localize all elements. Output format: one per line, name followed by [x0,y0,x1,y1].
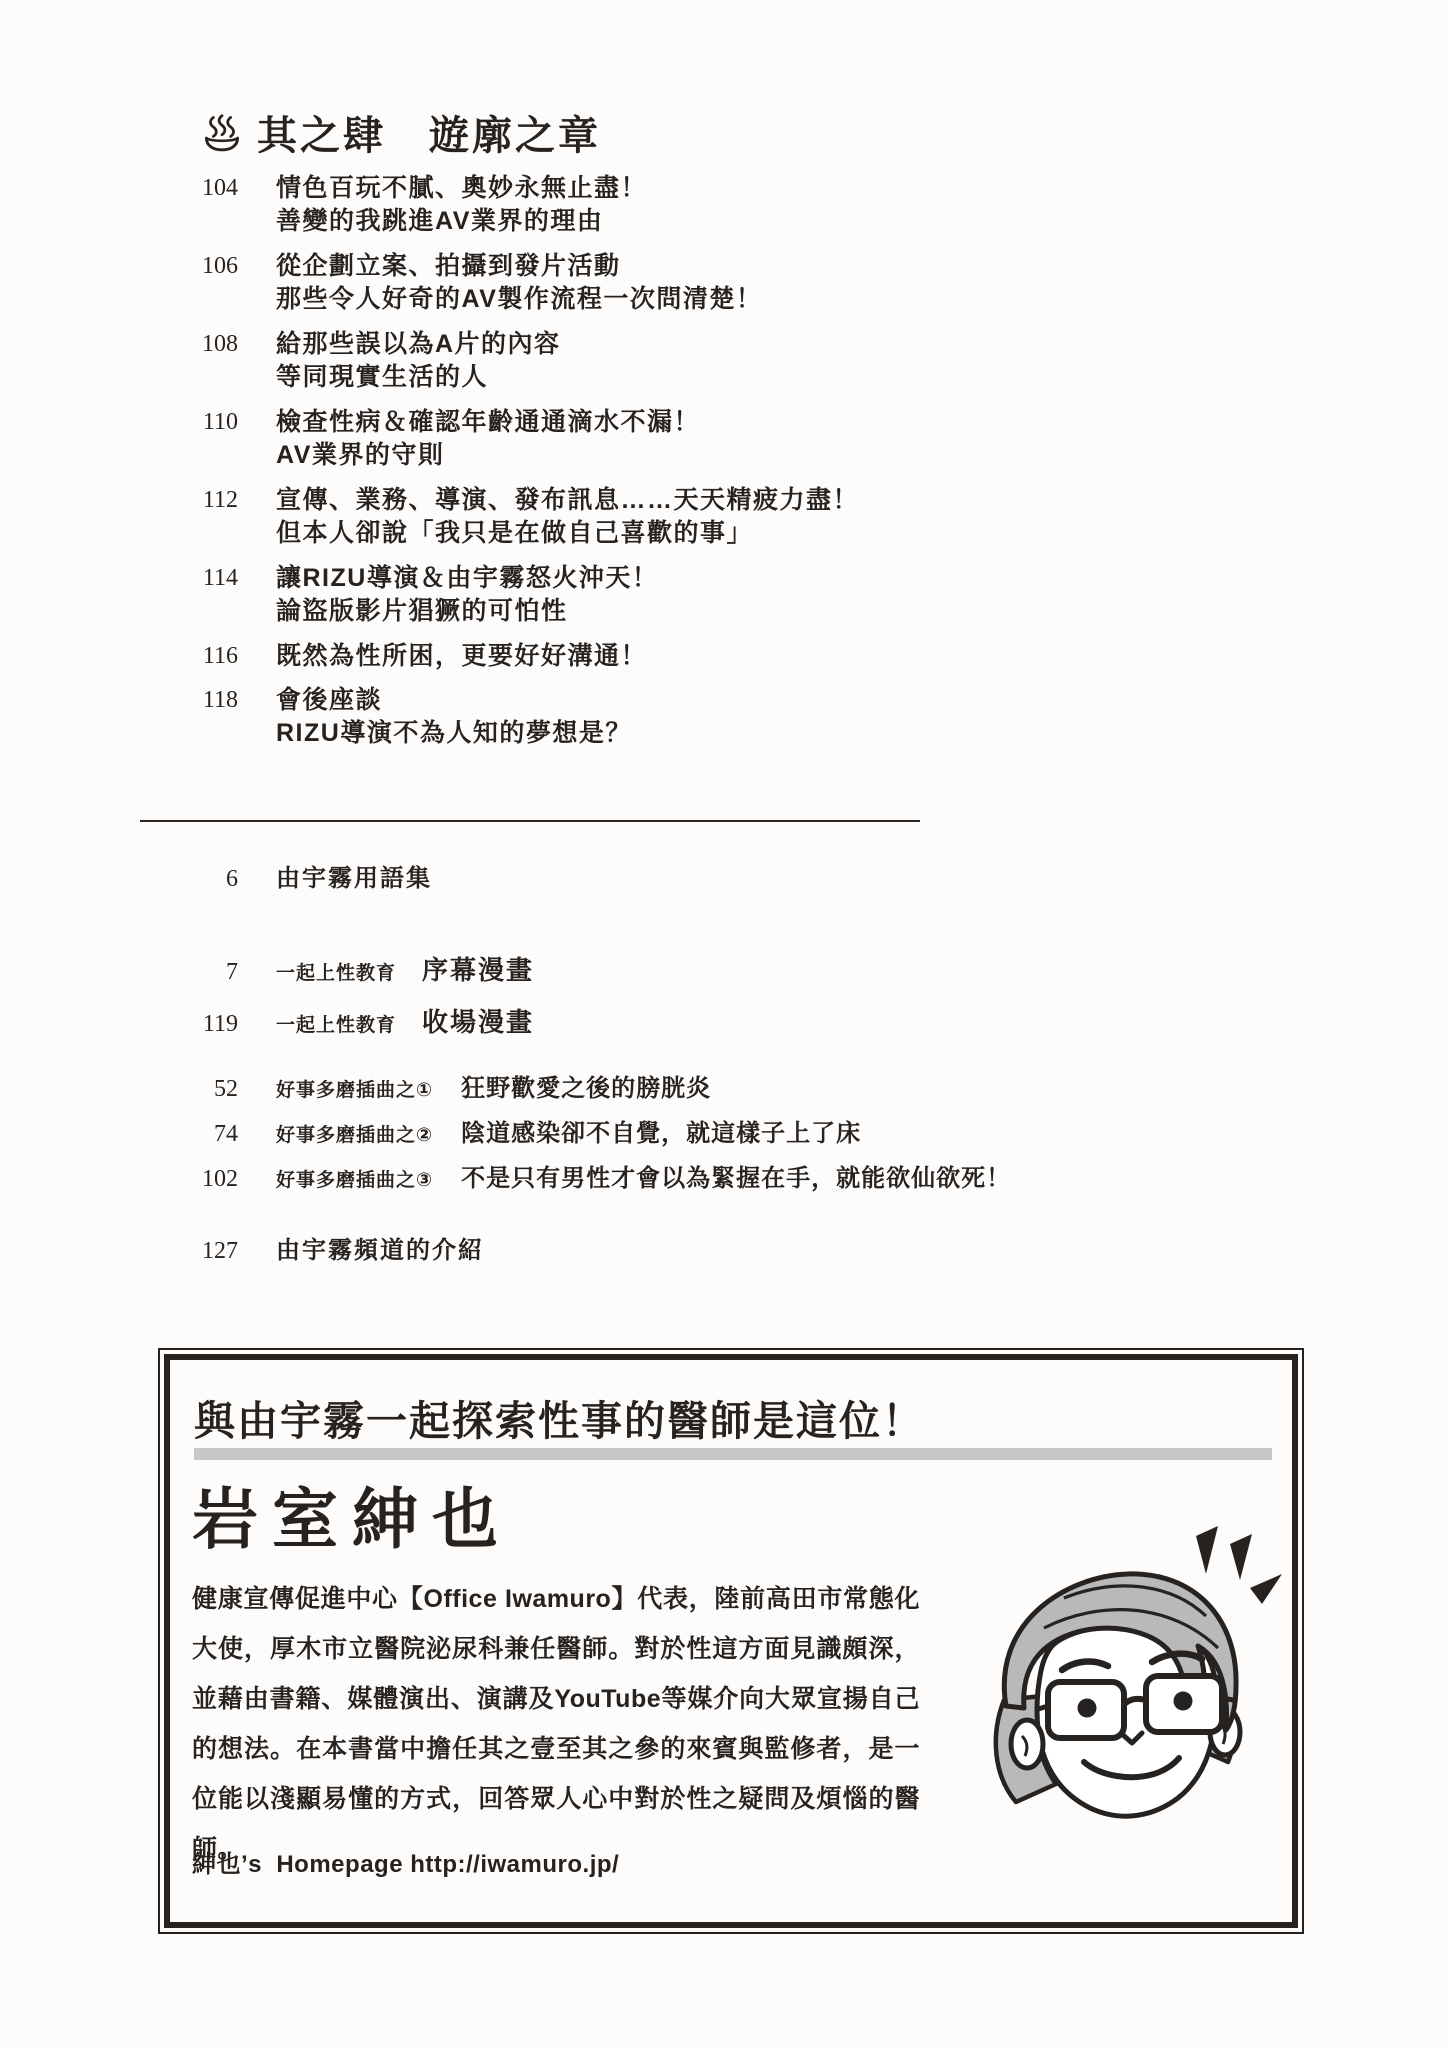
toc-entry-channel: 127 由宇霧頻道的介紹 [136,1230,484,1266]
toc-entry-106: 106 從企劃立案、拍攝到發片活動 那些令人好奇的AV製作流程一次問清楚！ [136,250,762,316]
page-number: 110 [136,406,238,439]
toc-entry-closing-comic: 119 一起上性教育 收場漫畫 [136,1002,534,1039]
entry-title: 宣傳、業務、導演、發布訊息……天天精疲力盡！ 但本人卻說「我只是在做自己喜歡的事… [276,484,859,550]
headline-underline-bar [194,1448,1272,1460]
page-number: 108 [136,328,238,361]
toc-entry-112: 112 宣傳、業務、導演、發布訊息……天天精疲力盡！ 但本人卻說「我只是在做自己… [136,484,859,550]
entry-label: 一起上性教育 [276,1010,396,1037]
doctor-homepage: 紳也’s Homepage http://iwamuro.jp/ [192,1844,619,1879]
entry-title: 收場漫畫 [422,1002,534,1039]
entry-title: 情色百玩不膩、奧妙永無止盡！ 善變的我跳進AV業界的理由 [276,172,647,238]
doctor-profile-box: 與由宇霧一起探索性事的醫師是這位！ 岩室紳也 健康宣傳促進中心【Office I… [158,1348,1304,1934]
emphasis-marks [1196,1526,1282,1604]
toc-entry-glossary: 6 由宇霧用語集 [136,858,432,894]
hot-spring-icon [203,113,241,153]
entry-label: 一起上性教育 [276,958,396,985]
doctor-face-illustration [978,1522,1290,1862]
toc-entry-114: 114 讓RIZU導演＆由宇霧怒火沖天！ 論盜版影片猖獗的可怕性 [136,562,658,628]
page-number: 7 [136,957,238,987]
page-number: 6 [136,864,238,894]
section-divider [140,820,920,822]
toc-entry-116: 116 既然為性所困，更要好好溝通！ [136,640,647,673]
page-number: 102 [136,1164,238,1194]
entry-title: 會後座談 RIZU導演不為人知的夢想是？ [276,684,632,750]
entry-label: 好事多磨插曲之② [276,1120,433,1147]
toc-entry-104: 104 情色百玩不膩、奧妙永無止盡！ 善變的我跳進AV業界的理由 [136,172,647,238]
page-number: 116 [136,640,238,673]
page-number: 114 [136,562,238,595]
entry-title: 既然為性所困，更要好好溝通！ [276,640,647,673]
page-number: 119 [136,1009,238,1039]
entry-title: 狂野歡愛之後的膀胱炎 [461,1068,711,1103]
toc-entry-opening-comic: 7 一起上性教育 序幕漫畫 [136,950,534,987]
chapter-title: 其之肆 遊廓之章 [257,104,601,161]
entry-label: 好事多磨插曲之① [276,1075,433,1102]
entry-title: 不是只有男性才會以為緊握在手，就能欲仙欲死！ [461,1158,1011,1193]
book-page: 其之肆 遊廓之章 104 情色百玩不膩、奧妙永無止盡！ 善變的我跳進AV業界的理… [0,0,1448,2048]
entry-title: 檢查性病＆確認年齡通通滴水不漏！ AV業界的守則 [276,406,700,472]
doctor-bio: 健康宣傳促進中心【Office Iwamuro】代表，陸前高田市常態化大使，厚木… [192,1574,920,1874]
entry-title: 陰道感染卻不自覺，就這樣子上了床 [461,1113,861,1148]
toc-entry-108: 108 給那些誤以為A片的內容 等同現實生活的人 [136,328,561,394]
entry-title: 由宇霧用語集 [276,858,432,893]
doctor-name: 岩室紳也 [192,1466,512,1561]
page-number: 112 [136,484,238,517]
page-number: 104 [136,172,238,205]
entry-label: 好事多磨插曲之③ [276,1165,433,1192]
entry-title: 由宇霧頻道的介紹 [276,1230,484,1265]
chapter-header: 其之肆 遊廓之章 [203,104,601,161]
toc-entry-118: 118 會後座談 RIZU導演不為人知的夢想是？ [136,684,632,750]
page-number: 106 [136,250,238,283]
page-number: 74 [136,1119,238,1149]
doctor-profile-box-inner: 與由宇霧一起探索性事的醫師是這位！ 岩室紳也 健康宣傳促進中心【Office I… [164,1354,1298,1928]
entry-title: 從企劃立案、拍攝到發片活動 那些令人好奇的AV製作流程一次問清楚！ [276,250,762,316]
toc-entry-episode-1: 52 好事多磨插曲之① 狂野歡愛之後的膀胱炎 [136,1068,711,1104]
entry-title: 序幕漫畫 [422,950,534,987]
page-number: 118 [136,684,238,717]
page-number: 127 [136,1236,238,1266]
toc-entry-110: 110 檢查性病＆確認年齡通通滴水不漏！ AV業界的守則 [136,406,700,472]
doctor-box-headline: 與由宇霧一起探索性事的醫師是這位！ [194,1388,925,1447]
entry-title: 讓RIZU導演＆由宇霧怒火沖天！ 論盜版影片猖獗的可怕性 [276,562,658,628]
toc-entry-episode-3: 102 好事多磨插曲之③ 不是只有男性才會以為緊握在手，就能欲仙欲死！ [136,1158,1011,1194]
page-number: 52 [136,1074,238,1104]
toc-entry-episode-2: 74 好事多磨插曲之② 陰道感染卻不自覺，就這樣子上了床 [136,1113,861,1149]
entry-title: 給那些誤以為A片的內容 等同現實生活的人 [276,328,561,394]
